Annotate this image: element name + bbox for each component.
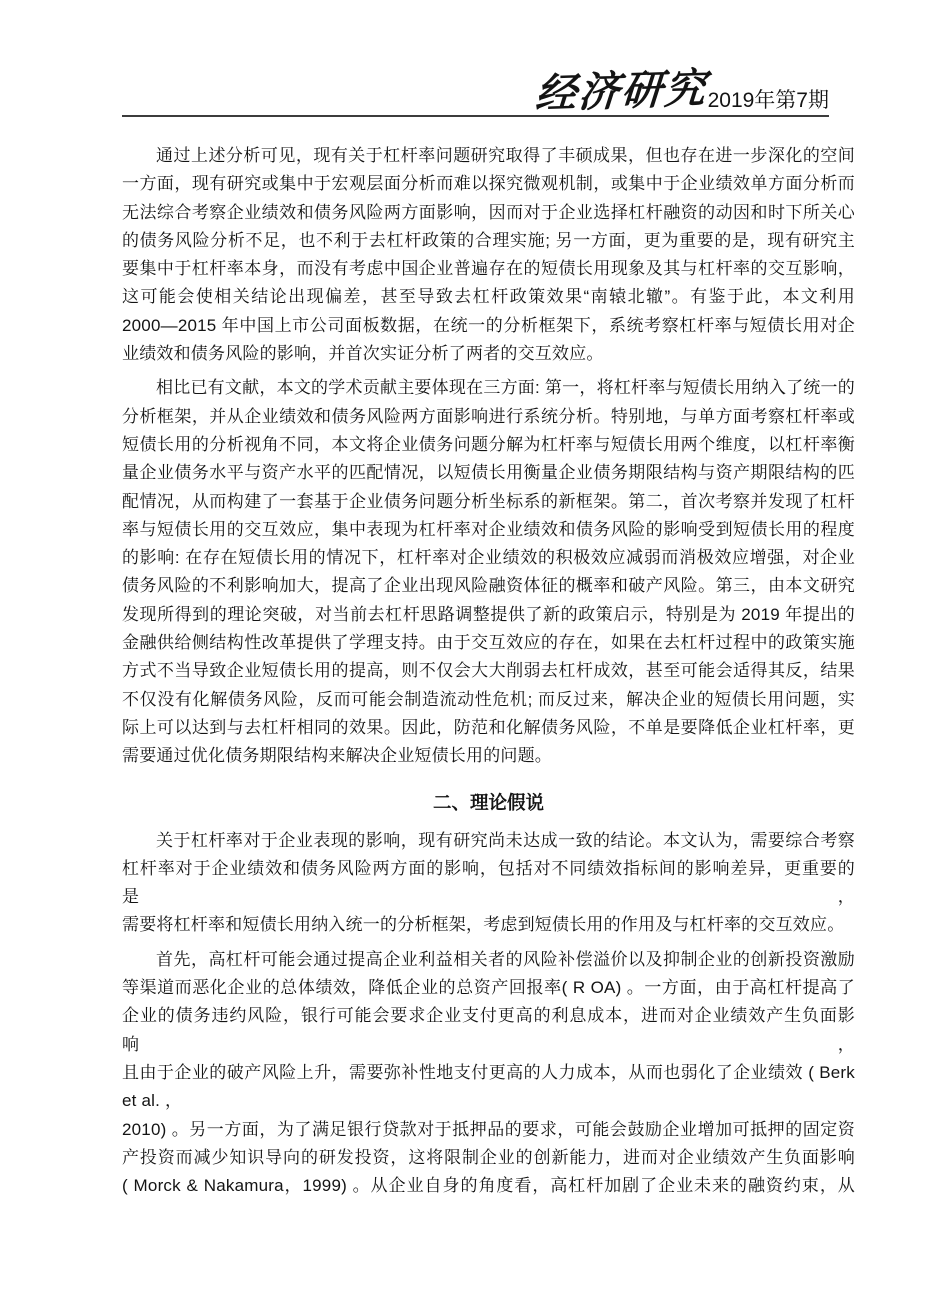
text-line: 等渠道而恶化企业的总体绩效，降低企业的总资产回报率( R OA) 。一方面，由于… <box>122 974 855 1002</box>
paragraph: 关于杠杆率对于企业表现的影响，现有研究尚未达成一致的结论。本文认为，需要综合考察… <box>122 827 855 940</box>
text-line: 分析框架，并从企业绩效和债务风险两方面影响进行系统分析。特别地，与单方面考察杠杆… <box>122 403 855 431</box>
text-line: 方式不当导致企业短债长用的提高，则不仅会大大削弱去杠杆成效，甚至可能会适得其反，… <box>122 657 855 685</box>
text-line: 的影响: 在存在短债长用的情况下，杠杆率对企业绩效的积极效应减弱而消极效应增强，… <box>122 544 855 572</box>
journal-logo-calligraphy: 经济研究 <box>534 69 709 115</box>
text-line: 际上可以达到与去杠杆相同的效果。因此，防范和化解债务风险，不单是要降低企业杠杆率… <box>122 714 855 742</box>
text-line: 无法综合考察企业绩效和债务风险两方面影响，因而对于企业选择杠杆融资的动因和时下所… <box>122 199 855 227</box>
text-line: 不仅没有化解债务风险，反而可能会制造流动性危机; 而反过来，解决企业的短债长用问… <box>122 686 855 714</box>
text-line: 要集中于杠杆率本身，而没有考虑中国企业普遍存在的短债长用现象及其与杠杆率的交互影… <box>122 255 855 283</box>
text-line: 的债务风险分析不足，也不利于去杠杆政策的合理实施; 另一方面，更为重要的是，现有… <box>122 227 855 255</box>
issue-label: 2019年第7期 <box>708 90 829 115</box>
text-line: 需要将杠杆率和短债长用纳入统一的分析框架，考虑到短债长用的作用及与杠杆率的交互效… <box>122 911 855 939</box>
journal-header: 经济研究 2019年第7期 <box>122 0 829 117</box>
text-line: 业绩效和债务风险的影响，并首次实证分析了两者的交互效应。 <box>122 340 855 368</box>
text-line: 金融供给侧结构性改革提供了学理支持。由于交互效应的存在，如果在去杠杆过程中的政策… <box>122 629 855 657</box>
section-heading: 二、理论假说 <box>122 788 855 818</box>
text-line: 发现所得到的理论突破，对当前去杠杆思路调整提供了新的政策启示，特别是为 2019… <box>122 601 855 629</box>
text-line: 债务风险的不利影响加大，提高了企业出现风险融资体征的概率和破产风险。第三，由本文… <box>122 572 855 600</box>
text-line: 通过上述分析可见，现有关于杠杆率问题研究取得了丰硕成果，但也存在进一步深化的空间 <box>122 142 855 170</box>
document-body: 通过上述分析可见，现有关于杠杆率问题研究取得了丰硕成果，但也存在进一步深化的空间… <box>122 142 855 1206</box>
text-line: 且由于企业的破产风险上升，需要弥补性地支付更高的人力成本，从而也弱化了企业绩效 … <box>122 1059 855 1087</box>
text-line: 产投资而减少知识导向的研发投资，这将限制企业的创新能力，进而对企业绩效产生负面影… <box>122 1144 855 1172</box>
text-line: et al. ， <box>122 1087 855 1115</box>
text-line: 相比已有文献，本文的学术贡献主要体现在三方面: 第一，将杠杆率与短债长用纳入了统… <box>122 374 855 402</box>
text-line: 2000—2015 年中国上市公司面板数据，在统一的分析框架下，系统考察杠杆率与… <box>122 312 855 340</box>
text-line: 需要通过优化债务期限结构来解决企业短债长用的问题。 <box>122 742 855 770</box>
text-line: 2010) 。另一方面，为了满足银行贷款对于抵押品的要求，可能会鼓励企业增加可抵… <box>122 1116 855 1144</box>
text-line: 企业的债务违约风险，银行可能会要求企业支付更高的利息成本，进而对企业绩效产生负面… <box>122 1002 855 1059</box>
text-line: ( Morck & Nakamura，1999) 。从企业自身的角度看，高杠杆加… <box>122 1172 855 1200</box>
text-line: 量企业债务水平与资产水平的匹配情况，以短债长用衡量企业债务期限结构与资产期限结构… <box>122 459 855 487</box>
text-line: 一方面，现有研究或集中于宏观层面分析而难以探究微观机制，或集中于企业绩效单方面分… <box>122 170 855 198</box>
text-line: 杠杆率对于企业绩效和债务风险两方面的影响，包括对不同绩效指标间的影响差异，更重要… <box>122 855 855 912</box>
text-line: 首先，高杠杆可能会通过提高企业利益相关者的风险补偿溢价以及抑制企业的创新投资激励 <box>122 946 855 974</box>
text-line: 率与短债长用的交互效应，集中表现为杠杆率对企业绩效和债务风险的影响受到短债长用的… <box>122 516 855 544</box>
text-line: 短债长用的分析视角不同，本文将企业债务问题分解为杠杆率与短债长用两个维度，以杠杆… <box>122 431 855 459</box>
journal-page: 经济研究 2019年第7期 通过上述分析可见，现有关于杠杆率问题研究取得了丰硕成… <box>0 0 950 1290</box>
paragraph: 首先，高杠杆可能会通过提高企业利益相关者的风险补偿溢价以及抑制企业的创新投资激励… <box>122 946 855 1201</box>
text-line: 关于杠杆率对于企业表现的影响，现有研究尚未达成一致的结论。本文认为，需要综合考察 <box>122 827 855 855</box>
text-line: 配情况，从而构建了一套基于企业债务问题分析坐标系的新框架。第二，首次考察并发现了… <box>122 488 855 516</box>
paragraph: 通过上述分析可见，现有关于杠杆率问题研究取得了丰硕成果，但也存在进一步深化的空间… <box>122 142 855 368</box>
text-line: 这可能会使相关结论出现偏差，甚至导致去杠杆政策效果“南辕北辙”。有鉴于此，本文利… <box>122 283 855 311</box>
paragraph: 相比已有文献，本文的学术贡献主要体现在三方面: 第一，将杠杆率与短债长用纳入了统… <box>122 374 855 770</box>
